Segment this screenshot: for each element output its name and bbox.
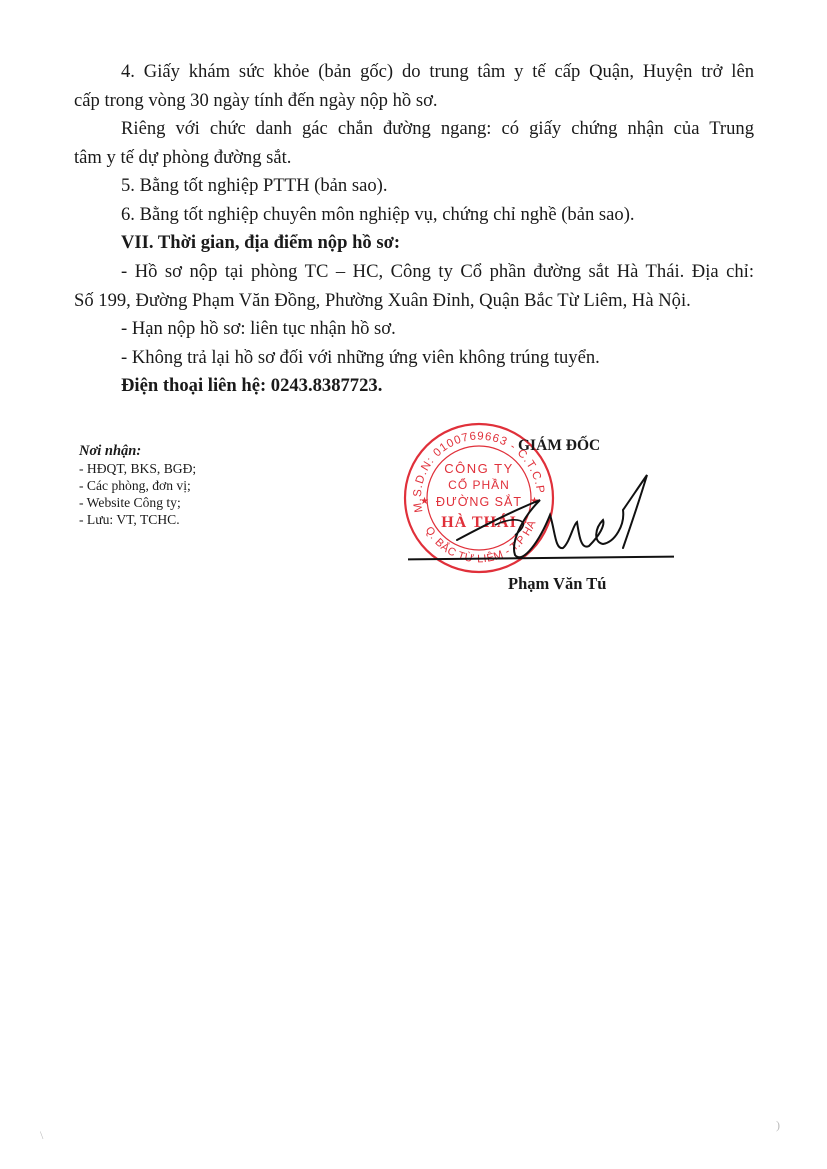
note-line-1: Riêng với chức danh gác chắn đường ngang… [121,118,754,140]
scan-speck: \ [40,1128,43,1143]
contact-phone: Điện thoại liên hệ: 0243.8387723. [121,375,382,397]
paragraph-4-line-2: cấp trong vòng 30 ngày tính đến ngày nộp… [74,90,438,112]
no-return-line: - Không trả lại hồ sơ đối với những ứng … [121,347,600,369]
recipient-item: - HĐQT, BKS, BGĐ; [79,460,196,477]
handwritten-signature [455,470,665,570]
submission-place-line-1: - Hồ sơ nộp tại phòng TC – HC, Công ty C… [121,261,754,283]
paragraph-6: 6. Bằng tốt nghiệp chuyên môn nghiệp vụ,… [121,204,635,226]
signer-title: GIÁM ĐỐC [518,437,600,455]
paragraph-5: 5. Bằng tốt nghiệp PTTH (bản sao). [121,175,387,197]
recipient-item: - Lưu: VT, TCHC. [79,511,196,528]
scan-speck: ) [776,1118,780,1133]
note-line-2: tâm y tế dự phòng đường sắt. [74,147,291,169]
recipients-block: Nơi nhận: - HĐQT, BKS, BGĐ; - Các phòng,… [79,443,196,528]
signer-name: Phạm Văn Tú [508,574,606,594]
paragraph-4-line-1: 4. Giấy khám sức khỏe (bản gốc) do trung… [121,61,754,83]
recipient-item: - Các phòng, đơn vị; [79,477,196,494]
deadline-line: - Hạn nộp hồ sơ: liên tục nhận hồ sơ. [121,318,396,340]
svg-text:★: ★ [420,496,429,507]
recipients-title: Nơi nhận: [79,443,196,460]
section-7-heading: VII. Thời gian, địa điểm nộp hồ sơ: [121,232,400,254]
recipient-item: - Website Công ty; [79,494,196,511]
submission-place-line-2: Số 199, Đường Phạm Văn Đồng, Phường Xuân… [74,290,691,312]
